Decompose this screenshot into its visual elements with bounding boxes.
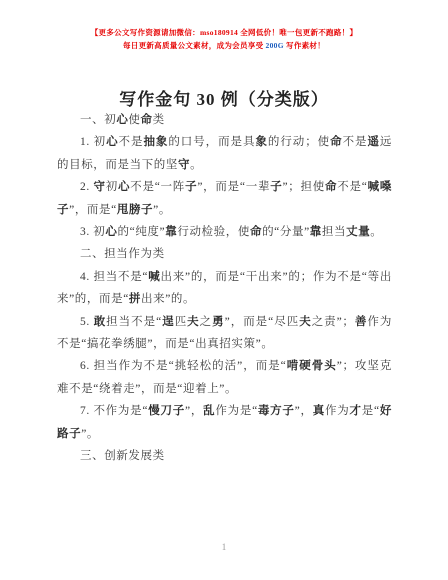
promo-watermark-line2-suffix: 写作素材！ xyxy=(284,41,325,50)
section-heading: 一、初心使命类 xyxy=(57,109,392,131)
paragraph: 1. 初心不是抽象的口号，而是具象的行动；使命不是遥远的目标，而是当下的坚守。 xyxy=(57,131,392,176)
paragraph: 7. 不作为是“慢刀子”，乱作为是“毒方子”，真作为才是“好路子”。 xyxy=(57,400,392,445)
promo-watermark-line2: 每日更新高质量公文素材，成为会员享受 200G 写作素材！ xyxy=(0,39,448,52)
section-heading: 二、担当作为类 xyxy=(57,243,392,265)
document-title: 写作金句 30 例（分类版） xyxy=(0,85,448,110)
section-heading: 三、创新发展类 xyxy=(57,445,392,467)
document-body: 一、初心使命类1. 初心不是抽象的口号，而是具象的行动；使命不是遥远的目标，而是… xyxy=(57,109,392,468)
promo-watermark-size-highlight: 200G xyxy=(266,41,284,50)
document-page: 【更多公文写作资源请加微信：mso180914 全网低价！唯一包更新不跑路！】 … xyxy=(0,0,448,580)
promo-watermark: 【更多公文写作资源请加微信：mso180914 全网低价！唯一包更新不跑路！】 … xyxy=(0,26,448,52)
promo-watermark-line2-prefix: 每日更新高质量公文素材，成为会员享受 xyxy=(123,41,266,50)
paragraph: 2. 守初心不是“一阵子”，而是“一辈子”；担使命不是“喊嗓子”，而是“甩膀子”… xyxy=(57,176,392,221)
page-number: 1 xyxy=(0,542,448,552)
paragraph: 4. 担当不是“喊出来”的，而是“干出来”的；作为不是“等出来”的，而是“拼出来… xyxy=(57,266,392,311)
paragraph: 3. 初心的“纯度”靠行动检验，使命的“分量”靠担当丈量。 xyxy=(57,221,392,243)
paragraph: 5. 敢担当不是“逞匹夫之勇”，而是“尽匹夫之责”；善作为不是“搞花拳绣腿”，而… xyxy=(57,311,392,356)
paragraph: 6. 担当作为不是“挑轻松的活”，而是“啃硬骨头”；攻坚克难不是“绕着走”，而是… xyxy=(57,355,392,400)
promo-watermark-line1: 【更多公文写作资源请加微信：mso180914 全网低价！唯一包更新不跑路！】 xyxy=(0,26,448,39)
